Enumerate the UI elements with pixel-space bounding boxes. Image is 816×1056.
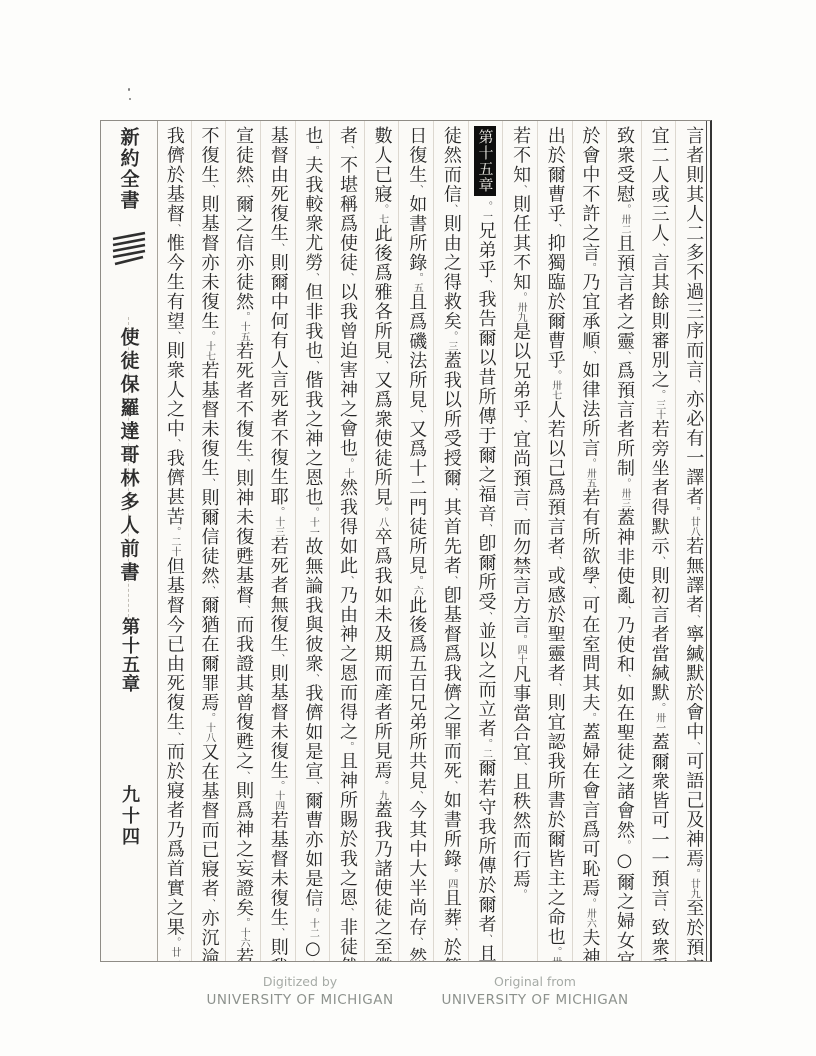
text-run: 卽爾所受: [475, 534, 496, 612]
verse-number: 。十二: [307, 908, 318, 938]
text-run: 至於預言者: [683, 899, 704, 962]
reading-mark: 、: [480, 524, 491, 534]
verse-number: 。十一: [307, 507, 318, 537]
text-run: 此後爲雅各所見: [372, 224, 393, 361]
text-column: 言者則其人二多不過三序而言、亦必有一譯者。廿八若無譯者、寧緘默於會中、可語己及神…: [675, 121, 710, 961]
reading-mark: 、: [688, 380, 699, 390]
verse-number: 。二十: [169, 527, 180, 557]
scan-speck: [129, 98, 131, 100]
text-run: 致衆受慰: [614, 126, 635, 204]
text-run: 乃由神之恩而得之: [337, 586, 358, 742]
text-run: 然有: [406, 947, 427, 961]
text-run: 可語己及神焉: [683, 752, 704, 869]
digitized-by-institution: UNIVERSITY OF MICHIGAN: [200, 992, 400, 1008]
verse-number: 。十五: [238, 312, 249, 342]
text-run: 又爲衆使徒所見: [372, 371, 393, 508]
text-column: 也。夫我較衆尤勞、但非我也、偕我之神之恩也。十一故無論我與彼衆、我儕如是宣、爾曹…: [295, 121, 330, 961]
text-column: 宣徒然、爾之信亦徒然。十五若死者不復生、則神未復甦基督、而我證其曾復甦之、則爲神…: [225, 121, 260, 961]
column-text: 我儕於基督、惟今生有望、則衆人之中、我儕甚苦。二十但基督今已由死復生、而於寢者乃…: [165, 121, 183, 961]
text-run: 其首先者: [441, 498, 462, 576]
text-column: 致衆受慰。卅二且預言者之靈、爲預言者所制。卅三蓋神非使亂、乃使和、如在聖徒之諸會…: [606, 121, 641, 961]
reading-mark: 。: [307, 146, 318, 156]
text-column: 徒然而信、則由之得救矣。三蓋我以所受授爾、其首先者、卽基督爲我儕之罪而死、如書所…: [433, 121, 468, 961]
reading-mark: 、: [619, 606, 630, 616]
text-column: 宜二人或三人、言其餘則審別之。三十若旁坐者得默示、則初言者當緘默。卅一蓋爾衆皆可…: [641, 121, 676, 961]
reading-mark: 、: [238, 459, 249, 469]
reading-mark: 、: [273, 654, 284, 664]
verse-number: 。三十: [654, 390, 665, 420]
verse-number: 。廿八: [688, 507, 699, 537]
text-run: 夫我較衆尤勞: [302, 156, 323, 273]
text-run: 如書所錄: [441, 791, 462, 869]
text-run: 如在聖徒之諸會然: [614, 684, 635, 840]
text-column: 第十五章。一兄弟乎、我告爾以昔所傳于爾之福音、卽爾所受、並以之而立者。二爾若守我…: [468, 121, 503, 961]
text-run: 且秩然而行焉: [510, 772, 531, 889]
column-text: 宣徒然、爾之信亦徒然。十五若死者不復生、則神未復甦基督、而我證其曾復甦之、則爲神…: [234, 121, 252, 961]
chapter-label: 第十五章: [116, 617, 142, 693]
text-run: 若無譯者: [683, 537, 704, 615]
column-text: 不復生、則基督亦未復生。十七若基督未復生、則爾信徒然、爾猶在爾罪焉。十八又在基督…: [199, 121, 217, 961]
text-run: 且爲磯法所見: [406, 293, 427, 410]
verse-number: 。三: [446, 331, 457, 351]
reading-mark: 、: [273, 928, 284, 938]
text-run: 則爾中何有人言死者不復生耶: [268, 253, 289, 507]
text-run: 爾若守我所傳於爾者: [475, 759, 496, 935]
column-text: 於會中不許之言。乃宜承順、如律法所言。卅五若有所欲學、可在室問其夫。蓋婦在會言爲…: [580, 121, 598, 961]
text-run: 者: [337, 126, 358, 146]
text-run: 若旁坐者得默示: [649, 420, 670, 557]
text-run: 如律法所言: [579, 361, 600, 459]
verse-number: 。九: [377, 781, 388, 801]
column-text: 者、不堪稱爲使徒、以我曾迫害神之會也。十然我得如此、乃由神之恩而得之。且神所賜於…: [338, 121, 356, 961]
column-text: 也。夫我較衆尤勞、但非我也、偕我之神之恩也。十一故無論我與彼衆、我儕如是宣、爾曹…: [303, 121, 321, 961]
reading-mark: 、: [654, 243, 665, 253]
text-run: 並以之而立者: [475, 622, 496, 739]
verse-number: 。卅八: [550, 947, 561, 962]
text-run: 則任其不知: [510, 195, 531, 293]
reading-mark: 、: [342, 273, 353, 283]
reading-mark: 、: [169, 331, 180, 341]
text-run: 卒爲我如未及期而產者所見焉: [372, 527, 393, 781]
text-run: 蓋神非使亂: [614, 508, 635, 606]
text-run: 亦必有一譯者: [683, 390, 704, 507]
text-run: 兄弟乎: [475, 221, 496, 280]
text-run: 若基督未復生: [198, 361, 219, 478]
reading-mark: 、: [619, 674, 630, 684]
text-run: 且預言者之靈: [614, 234, 635, 351]
reading-mark: 、: [515, 508, 526, 518]
verse-number: 。卅二: [619, 204, 630, 234]
text-run: 蓋爾衆皆可一一預言: [649, 733, 670, 909]
verse-number: 。二: [480, 739, 491, 759]
text-run: 但非我也: [302, 283, 323, 361]
text-run: 蓋婦在會言爲可恥焉: [579, 723, 600, 899]
original-from-label: Original from: [435, 974, 635, 989]
column-text: 徒然而信、則由之得救矣。三蓋我以所受授爾、其首先者、卽基督爲我儕之罪而死、如書所…: [442, 121, 460, 961]
text-column: 於會中不許之言。乃宜承順、如律法所言。卅五若有所欲學、可在室問其夫。蓋婦在會言爲…: [572, 121, 607, 961]
text-run: 夫神之道: [579, 928, 600, 961]
text-run: 爾之信亦徒然: [233, 195, 254, 312]
text-run: 也: [302, 126, 323, 146]
text-run: 亦沉淪矣: [198, 909, 219, 962]
text-run: 若有所欲學: [579, 488, 600, 586]
text-run: 於第三: [441, 938, 462, 962]
page-frame: 新約全書 使徒保羅達哥林多人前書 第十五章 九十四 言者則其人二多不過三序而言、…: [100, 120, 712, 962]
verse-number: 。十六: [238, 918, 249, 948]
brace-decoration: [111, 229, 147, 271]
digitized-by-block: Digitized by UNIVERSITY OF MICHIGAN: [200, 974, 400, 1008]
text-run: 且神所賜於我之恩: [337, 752, 358, 908]
verse-number: 。卅三: [619, 478, 630, 508]
reading-mark: 、: [273, 243, 284, 253]
text-run: 數人已寢: [372, 126, 393, 204]
verse-number: 。八: [377, 507, 388, 527]
text-run: 若死者不復生: [233, 342, 254, 459]
verse-number: 。一: [480, 201, 491, 221]
verse-number: 。十七: [203, 331, 214, 361]
column-text: 宜二人或三人、言其餘則審別之。三十若旁坐者得默示、則初言者當緘默。卅一蓋爾衆皆可…: [650, 121, 668, 961]
text-run: 卽基督爲我儕之罪而死: [441, 586, 462, 781]
text-run: 偕我之神之恩也: [302, 371, 323, 508]
verse-number: 。卅九: [515, 292, 526, 322]
verse-number: 。卅六: [584, 898, 595, 928]
verse-number: 。卅七: [550, 370, 561, 400]
verse-number: 。七: [377, 204, 388, 224]
reading-mark: 、: [550, 556, 561, 566]
text-run: 若基督未復生: [268, 811, 289, 928]
text-column: 不復生、則基督亦未復生。十七若基督未復生、則爾信徒然、爾猶在爾罪焉。十八又在基督…: [191, 121, 226, 961]
original-from-institution: UNIVERSITY OF MICHIGAN: [435, 992, 635, 1008]
column-text: 基督由死復生、則爾中何有人言死者不復生耶。十三若死者無復生、則基督未復生。十四若…: [269, 121, 287, 961]
reading-mark: 、: [342, 908, 353, 918]
text-run: 而於寢者乃爲首實之果: [164, 742, 185, 937]
series-title: 新約全書: [116, 127, 143, 211]
reading-mark: 、: [307, 273, 318, 283]
reading-mark: 、: [307, 361, 318, 371]
verse-number: 。十: [342, 458, 353, 478]
reading-mark: 、: [446, 781, 457, 791]
text-run: 致衆受學: [649, 918, 670, 961]
text-run: 非徒然: [337, 918, 358, 962]
reading-mark: 、: [446, 204, 457, 214]
text-run: 又在基督而已寢者: [198, 743, 219, 899]
chapter-heading-box: 第十五章: [474, 126, 496, 196]
text-run: 且葬: [441, 889, 462, 928]
reading-mark: 、: [307, 674, 318, 684]
text-run: 則我之: [268, 938, 289, 962]
text-run: 不堪稱爲使徒: [337, 156, 358, 273]
reading-mark: 、: [515, 185, 526, 195]
text-run: 乃使和: [614, 616, 635, 675]
text-run: 以我曾迫害神之會也: [337, 283, 358, 459]
text-run: 我告爾以昔所傳于爾之福音: [475, 290, 496, 524]
reading-mark: 、: [342, 146, 353, 156]
margin-column: 新約全書 使徒保羅達哥林多人前書 第十五章 九十四: [101, 121, 158, 961]
text-run: 則爾信徒然: [198, 488, 219, 586]
text-run: 我儕如是宣: [302, 684, 323, 782]
reading-mark: 。: [515, 889, 526, 899]
digitized-by-label: Digitized by: [200, 974, 400, 989]
reading-mark: 、: [169, 439, 180, 449]
reading-mark: 、: [515, 420, 526, 430]
reading-mark: 、: [377, 361, 388, 371]
column-text: 言者則其人二多不過三序而言、亦必有一譯者。廿八若無譯者、寧緘默於會中、可語己及神…: [684, 121, 702, 961]
text-run: 則基督亦未復生: [198, 195, 219, 332]
reading-mark: 、: [619, 351, 630, 361]
text-run: 今其中大半尚存: [406, 801, 427, 938]
page-number-label: 九十四: [116, 785, 142, 848]
reading-mark: 、: [550, 683, 561, 693]
text-run: 則爲神之妄證矣: [233, 781, 254, 918]
reading-mark: 。: [342, 742, 353, 752]
text-run: 我儕甚苦: [164, 449, 185, 527]
verse-number: 。廿九: [688, 869, 699, 899]
text-run: 爾猶在爾罪焉: [198, 596, 219, 713]
text-run: 可在室問其夫: [579, 596, 600, 713]
original-from-block: Original from UNIVERSITY OF MICHIGAN: [435, 974, 635, 1008]
text-run: 則衆人之中: [164, 341, 185, 439]
reading-mark: 、: [411, 410, 422, 420]
text-run: 若死者無復生: [268, 537, 289, 654]
text-run: 則由之得救矣: [441, 214, 462, 331]
reading-mark: 、: [411, 937, 422, 947]
text-run: 宣徒然: [233, 126, 254, 185]
text-run: 爲預言者所制: [614, 361, 635, 478]
text-run: 言者則其人二多不過三序而言: [683, 126, 704, 380]
text-column: 我儕於基督、惟今生有望、則衆人之中、我儕甚苦。二十但基督今已由死復生、而於寢者乃…: [157, 121, 191, 961]
column-text: 若不知、則任其不知。卅九是以兄弟乎、宜尚預言、而勿禁言方言。四十凡事當合宜、且秩…: [511, 121, 529, 961]
text-run: 日復生: [406, 126, 427, 185]
text-run: 如書所錄: [406, 195, 427, 273]
text-run: 是以兄弟乎: [510, 322, 531, 420]
text-run: 蓋我以所受授爾: [441, 351, 462, 488]
text-column: 若不知、則任其不知。卅九是以兄弟乎、宜尚預言、而勿禁言方言。四十凡事當合宜、且秩…: [502, 121, 537, 961]
reading-mark: 、: [307, 781, 318, 791]
reading-mark: 、: [238, 185, 249, 195]
reading-mark: 、: [688, 615, 699, 625]
reading-mark: 、: [480, 280, 491, 290]
text-run: 而我證其曾復甦之: [233, 615, 254, 771]
text-run: 惟今生有望: [164, 234, 185, 332]
column-text: 出於爾曹乎、抑獨臨於爾曹乎。卅七人若以己爲預言者、或感於聖靈者、則宜認我所書於爾…: [546, 121, 564, 961]
text-run: 不復生: [198, 126, 219, 185]
verse-number: 。十八: [203, 713, 214, 743]
text-run: 抑獨臨於爾曹乎: [545, 234, 566, 371]
verse-number: 。卅一: [654, 703, 665, 733]
reading-mark: 。: [584, 713, 595, 723]
text-run: 但基督今已由死復生: [164, 557, 185, 733]
reading-mark: 、: [480, 612, 491, 622]
verse-number: 。十四: [273, 781, 284, 811]
verse-number: 。十三: [273, 507, 284, 537]
text-run: 寧緘默於會中: [683, 625, 704, 742]
text-run: 然我得如此: [337, 478, 358, 576]
reading-mark: 、: [203, 899, 214, 909]
verse-number: 。五: [411, 273, 422, 293]
text-run: 出於爾曹乎: [545, 126, 566, 224]
reading-mark: 、: [446, 488, 457, 498]
reading-mark: 、: [238, 605, 249, 615]
text-run: 則宜認我所書於爾皆主之命也: [545, 693, 566, 947]
text-run: 蓋我乃諸使徒之至微: [372, 801, 393, 962]
text-run: 又爲十二門徒所見: [406, 420, 427, 576]
reading-mark: 、: [203, 478, 214, 488]
text-run: 或感於聖靈者: [545, 566, 566, 683]
text-run: 故無論我與彼衆: [302, 537, 323, 674]
column-text: 數人已寢。七此後爲雅各所見、又爲衆使徒所見。八卒爲我如未及期而產者所見焉。九蓋我…: [373, 121, 391, 961]
reading-mark: 、: [203, 185, 214, 195]
text-column: 基督由死復生、則爾中何有人言死者不復生耶。十三若死者無復生、則基督未復生。十四若…: [260, 121, 295, 961]
reading-mark: 、: [584, 351, 595, 361]
verse-number: 。卅五: [584, 458, 595, 488]
reading-mark: 、: [550, 224, 561, 234]
reading-mark: 、: [654, 556, 665, 566]
text-run: 若不知: [510, 126, 531, 185]
text-column: 者、不堪稱爲使徒、以我曾迫害神之會也。十然我得如此、乃由神之恩而得之。且神所賜於…: [329, 121, 364, 961]
column-text: 日復生、如書所錄。五且爲磯法所見、又爲十二門徒所見。六此後爲五百兄弟所共見、今其…: [407, 121, 425, 961]
text-run: 宜二人或三人: [649, 126, 670, 243]
text-run: 乃宜承順: [579, 273, 600, 351]
text-run: 則神未復甦基督: [233, 469, 254, 606]
verse-number: 。六: [411, 576, 422, 596]
text-run: 且不: [475, 944, 496, 961]
book-title: 使徒保羅達哥林多人前書: [116, 327, 143, 586]
reading-mark: 、: [169, 224, 180, 234]
scan-speck: [128, 88, 130, 91]
text-run: 凡事當合宜: [510, 665, 531, 763]
text-run: 若死者: [233, 948, 254, 962]
verse-number: 。廿一: [169, 937, 180, 961]
reading-mark: 、: [411, 185, 422, 195]
reading-mark: 。: [584, 263, 595, 273]
text-run: ○今若宣: [302, 938, 323, 961]
text-run: 宜尚預言: [510, 430, 531, 508]
text-column: 數人已寢。七此後爲雅各所見、又爲衆使徒所見。八卒爲我如未及期而產者所見焉。九蓋我…: [364, 121, 399, 961]
reading-mark: 、: [342, 576, 353, 586]
text-run: 則基督未復生: [268, 664, 289, 781]
text-run: 則初言者當緘默: [649, 566, 670, 703]
reading-mark: 、: [515, 762, 526, 772]
text-column: 出於爾曹乎、抑獨臨於爾曹乎。卅七人若以己爲預言者、或感於聖靈者、則宜認我所書於爾…: [537, 121, 572, 961]
text-column: 日復生、如書所錄。五且爲磯法所見、又爲十二門徒所見。六此後爲五百兄弟所共見、今其…: [398, 121, 433, 961]
reading-mark: 。: [619, 840, 630, 850]
verse-number: 。四: [446, 869, 457, 889]
reading-mark: 、: [480, 934, 491, 944]
text-run: 人若以己爲預言者: [545, 400, 566, 556]
text-run: 言其餘則審別之: [649, 253, 670, 390]
text-run: 基督由死復生: [268, 126, 289, 243]
reading-mark: 、: [584, 586, 595, 596]
reading-mark: 、: [688, 742, 699, 752]
text-run: 於會中不許之言: [579, 126, 600, 263]
reading-mark: 、: [169, 732, 180, 742]
reading-mark: 、: [203, 586, 214, 596]
verse-number: 。四十: [515, 635, 526, 665]
reading-mark: 、: [446, 928, 457, 938]
reading-mark: 、: [238, 771, 249, 781]
reading-mark: 、: [654, 908, 665, 918]
text-run: 此後爲五百兄弟所共見: [406, 596, 427, 791]
text-run: 我儕於基督: [164, 126, 185, 224]
column-text: 第十五章。一兄弟乎、我告爾以昔所傳于爾之福音、卽爾所受、並以之而立者。二爾若守我…: [476, 121, 494, 961]
column-text: 致衆受慰。卅二且預言者之靈、爲預言者所制。卅三蓋神非使亂、乃使和、如在聖徒之諸會…: [615, 121, 633, 961]
text-run: 爾曹亦如是信: [302, 791, 323, 908]
text-run: ○爾之婦女宜緘默: [614, 850, 635, 961]
reading-mark: 、: [446, 576, 457, 586]
text-run: 徒然而信: [441, 126, 462, 204]
reading-mark: 、: [411, 791, 422, 801]
text-body: 言者則其人二多不過三序而言、亦必有一譯者。廿八若無譯者、寧緘默於會中、可語己及神…: [157, 121, 710, 961]
scanned-page: 新約全書 使徒保羅達哥林多人前書 第十五章 九十四 言者則其人二多不過三序而言、…: [0, 0, 816, 1056]
text-run: 而勿禁言方言: [510, 518, 531, 635]
